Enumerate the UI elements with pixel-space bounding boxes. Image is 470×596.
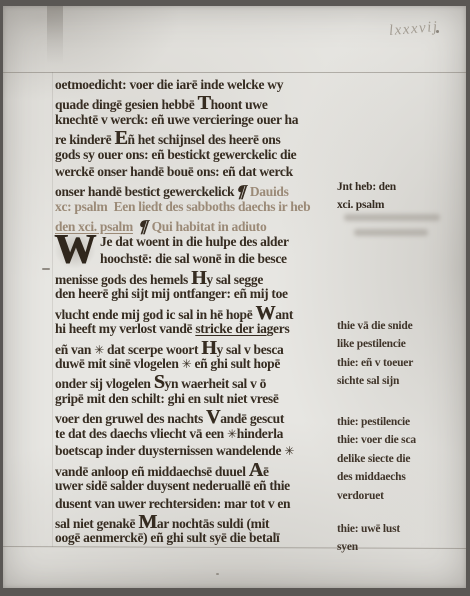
text-segment: uwer sidē salder duysent nederuallē eñ t…	[55, 478, 290, 493]
text-line: voer den gruwel des nachts Vandē gescut	[55, 407, 355, 424]
text-line: re kinderē Eñ het schijnsel des heerē on…	[55, 128, 355, 145]
text-segment: oetmoedicht: voer die iarē inde welcke w…	[55, 77, 283, 92]
text-line: eñ van ✳ dat scerpe woort Hy sal v besca	[55, 338, 355, 355]
text-segment: dusent van uwer rechtersiden: mar tot v …	[55, 496, 290, 511]
margin-note-line: des middaechs	[337, 468, 465, 486]
text-segment: oogē aenmerckē) eñ ghi sult syē die beta…	[55, 530, 280, 545]
text-segment: Dauids	[247, 184, 289, 199]
ruling-line-top	[3, 72, 466, 73]
text-line: onder sij vlogelen Syn waerheit sal v ō	[55, 372, 355, 389]
text-segment: werckē onser handē bouē ons: eñ dat werc…	[55, 164, 293, 179]
text-line: knechtē v werck: eñ uwe vercieringe ouer…	[55, 111, 355, 128]
text-segment: duwē mit sinē vlogelen	[55, 356, 182, 371]
text-segment: onser handē bestict gewerckelick	[55, 184, 237, 199]
margin-note-gloss-night-pestilence: thie vā die snidelike pestilenciethie: e…	[337, 317, 465, 391]
text-segment: xc: psalm Een liedt des sabboths daechs …	[55, 199, 310, 214]
margin-note-line: Jnt heb: den	[337, 178, 465, 196]
margin-note-line: like pestilencie	[337, 335, 465, 353]
text-line: onser handē bestict gewerckelick ¶ Dauid…	[55, 181, 355, 198]
margin-note-line: thie: eñ v toeuer	[337, 354, 465, 372]
text-line: oetmoedicht: voer die iarē inde welcke w…	[55, 76, 355, 93]
text-line: te dat des daechs vliecht vā een ✳hinder…	[55, 425, 355, 442]
paper-speck	[216, 573, 219, 575]
text-line: den heerē ghi sijt mij ontfanger: eñ mij…	[55, 285, 355, 302]
text-line: quade dingē gesien hebbē Thoont uwe	[55, 93, 355, 110]
text-line: uwer sidē salder duysent nederuallē eñ t…	[55, 477, 355, 494]
text-segment: den heerē ghi sijt mij ontfanger: eñ mij…	[55, 286, 288, 301]
ink-showthrough	[344, 214, 449, 236]
text-line: den xci. psalm ¶ Qui habitat in adiuto	[55, 216, 355, 233]
margin-note-line: thie: uwē lust	[337, 520, 465, 538]
paper-speck	[436, 30, 439, 33]
text-segment: stricke der ia	[195, 321, 266, 336]
ruling-line-left	[52, 72, 53, 547]
margin-note-psalm-reference: Jnt heb: denxci. psalm	[337, 178, 465, 215]
margin-note-line: thie: voer die sca	[337, 431, 465, 449]
gloss-star-icon: ✳	[182, 357, 192, 371]
text-line: vlucht ende mij god ic sal in hē hopē Wa…	[55, 303, 355, 320]
text-line: hi heeft my verlost vandē stricke der ia…	[55, 320, 355, 337]
manuscript-photo: lxxxvij W oetmoedicht: voer die iarē ind…	[0, 0, 470, 596]
margin-note-gloss-lust: thie: uwē lustsyen	[337, 520, 465, 557]
gloss-star-icon: ✳	[227, 427, 237, 441]
main-text-block: oetmoedicht: voer die iarē inde welcke w…	[55, 76, 355, 547]
text-line: vandē anloop eñ middaechsē duuel Aē	[55, 460, 355, 477]
text-segment: hinderla	[237, 426, 283, 441]
text-line: dusent van uwer rechtersiden: mar tot v …	[55, 495, 355, 512]
edge-shadow	[47, 6, 63, 64]
margin-dash-mark	[42, 268, 50, 270]
text-line: gripē mit den schilt: ghi en sult niet v…	[55, 390, 355, 407]
gloss-star-icon: ✳	[284, 444, 294, 458]
text-segment: Qui habitat in adiuto	[149, 219, 267, 234]
text-segment: hoochstē: die sal wonē in die besce	[100, 251, 287, 266]
manuscript-page: lxxxvij W oetmoedicht: voer die iarē ind…	[3, 6, 466, 588]
margin-note-line: thie vā die snide	[337, 317, 465, 335]
text-segment: Je dat woent in die hulpe des alder	[100, 234, 289, 249]
text-segment: gods sy ouer ons: eñ bestickt gewerckeli…	[55, 147, 296, 162]
text-line: hoochstē: die sal wonē in die besce	[55, 250, 355, 267]
margin-note-gloss-noon-pestilence: thie: pestilenciethie: voer die scadelik…	[337, 413, 465, 505]
text-segment: knechtē v werck: eñ uwe vercieringe ouer…	[55, 112, 298, 127]
text-segment: boetscap inder duysternissen wandelende	[55, 443, 284, 458]
text-line: sal niet genakē Mar nochtās suldi (mit	[55, 512, 355, 529]
text-segment: den xci. psalm	[55, 219, 133, 234]
text-line: gods sy ouer ons: eñ bestickt gewerckeli…	[55, 146, 355, 163]
margin-note-line: verdoruet	[337, 487, 465, 505]
margin-note-line: sichte sal sijn	[337, 372, 465, 390]
margin-note-line: delike siecte die	[337, 450, 465, 468]
text-line: oogē aenmerckē) eñ ghi sult syē die beta…	[55, 529, 355, 546]
margin-note-line: thie: pestilencie	[337, 413, 465, 431]
text-line: werckē onser handē bouē ons: eñ dat werc…	[55, 163, 355, 180]
text-line: Je dat woent in die hulpe des alder	[55, 233, 355, 250]
margin-note-line: xci. psalm	[337, 196, 465, 214]
text-segment: eñ ghi sult hopē	[191, 356, 280, 371]
text-segment: gripē mit den schilt: ghi en sult niet v…	[55, 391, 279, 406]
text-segment: gers	[267, 321, 290, 336]
folio-number: lxxxvij	[388, 19, 439, 40]
text-line: xc: psalm Een liedt des sabboths daechs …	[55, 198, 355, 215]
text-line: duwē mit sinē vlogelen ✳ eñ ghi sult hop…	[55, 355, 355, 372]
text-line: boetscap inder duysternissen wandelende …	[55, 442, 355, 459]
text-segment: hi heeft my verlost vandē	[55, 321, 195, 336]
text-line: menisse gods des hemels Hy sal segge	[55, 268, 355, 285]
text-segment: te dat des daechs vliecht vā een	[55, 426, 227, 441]
